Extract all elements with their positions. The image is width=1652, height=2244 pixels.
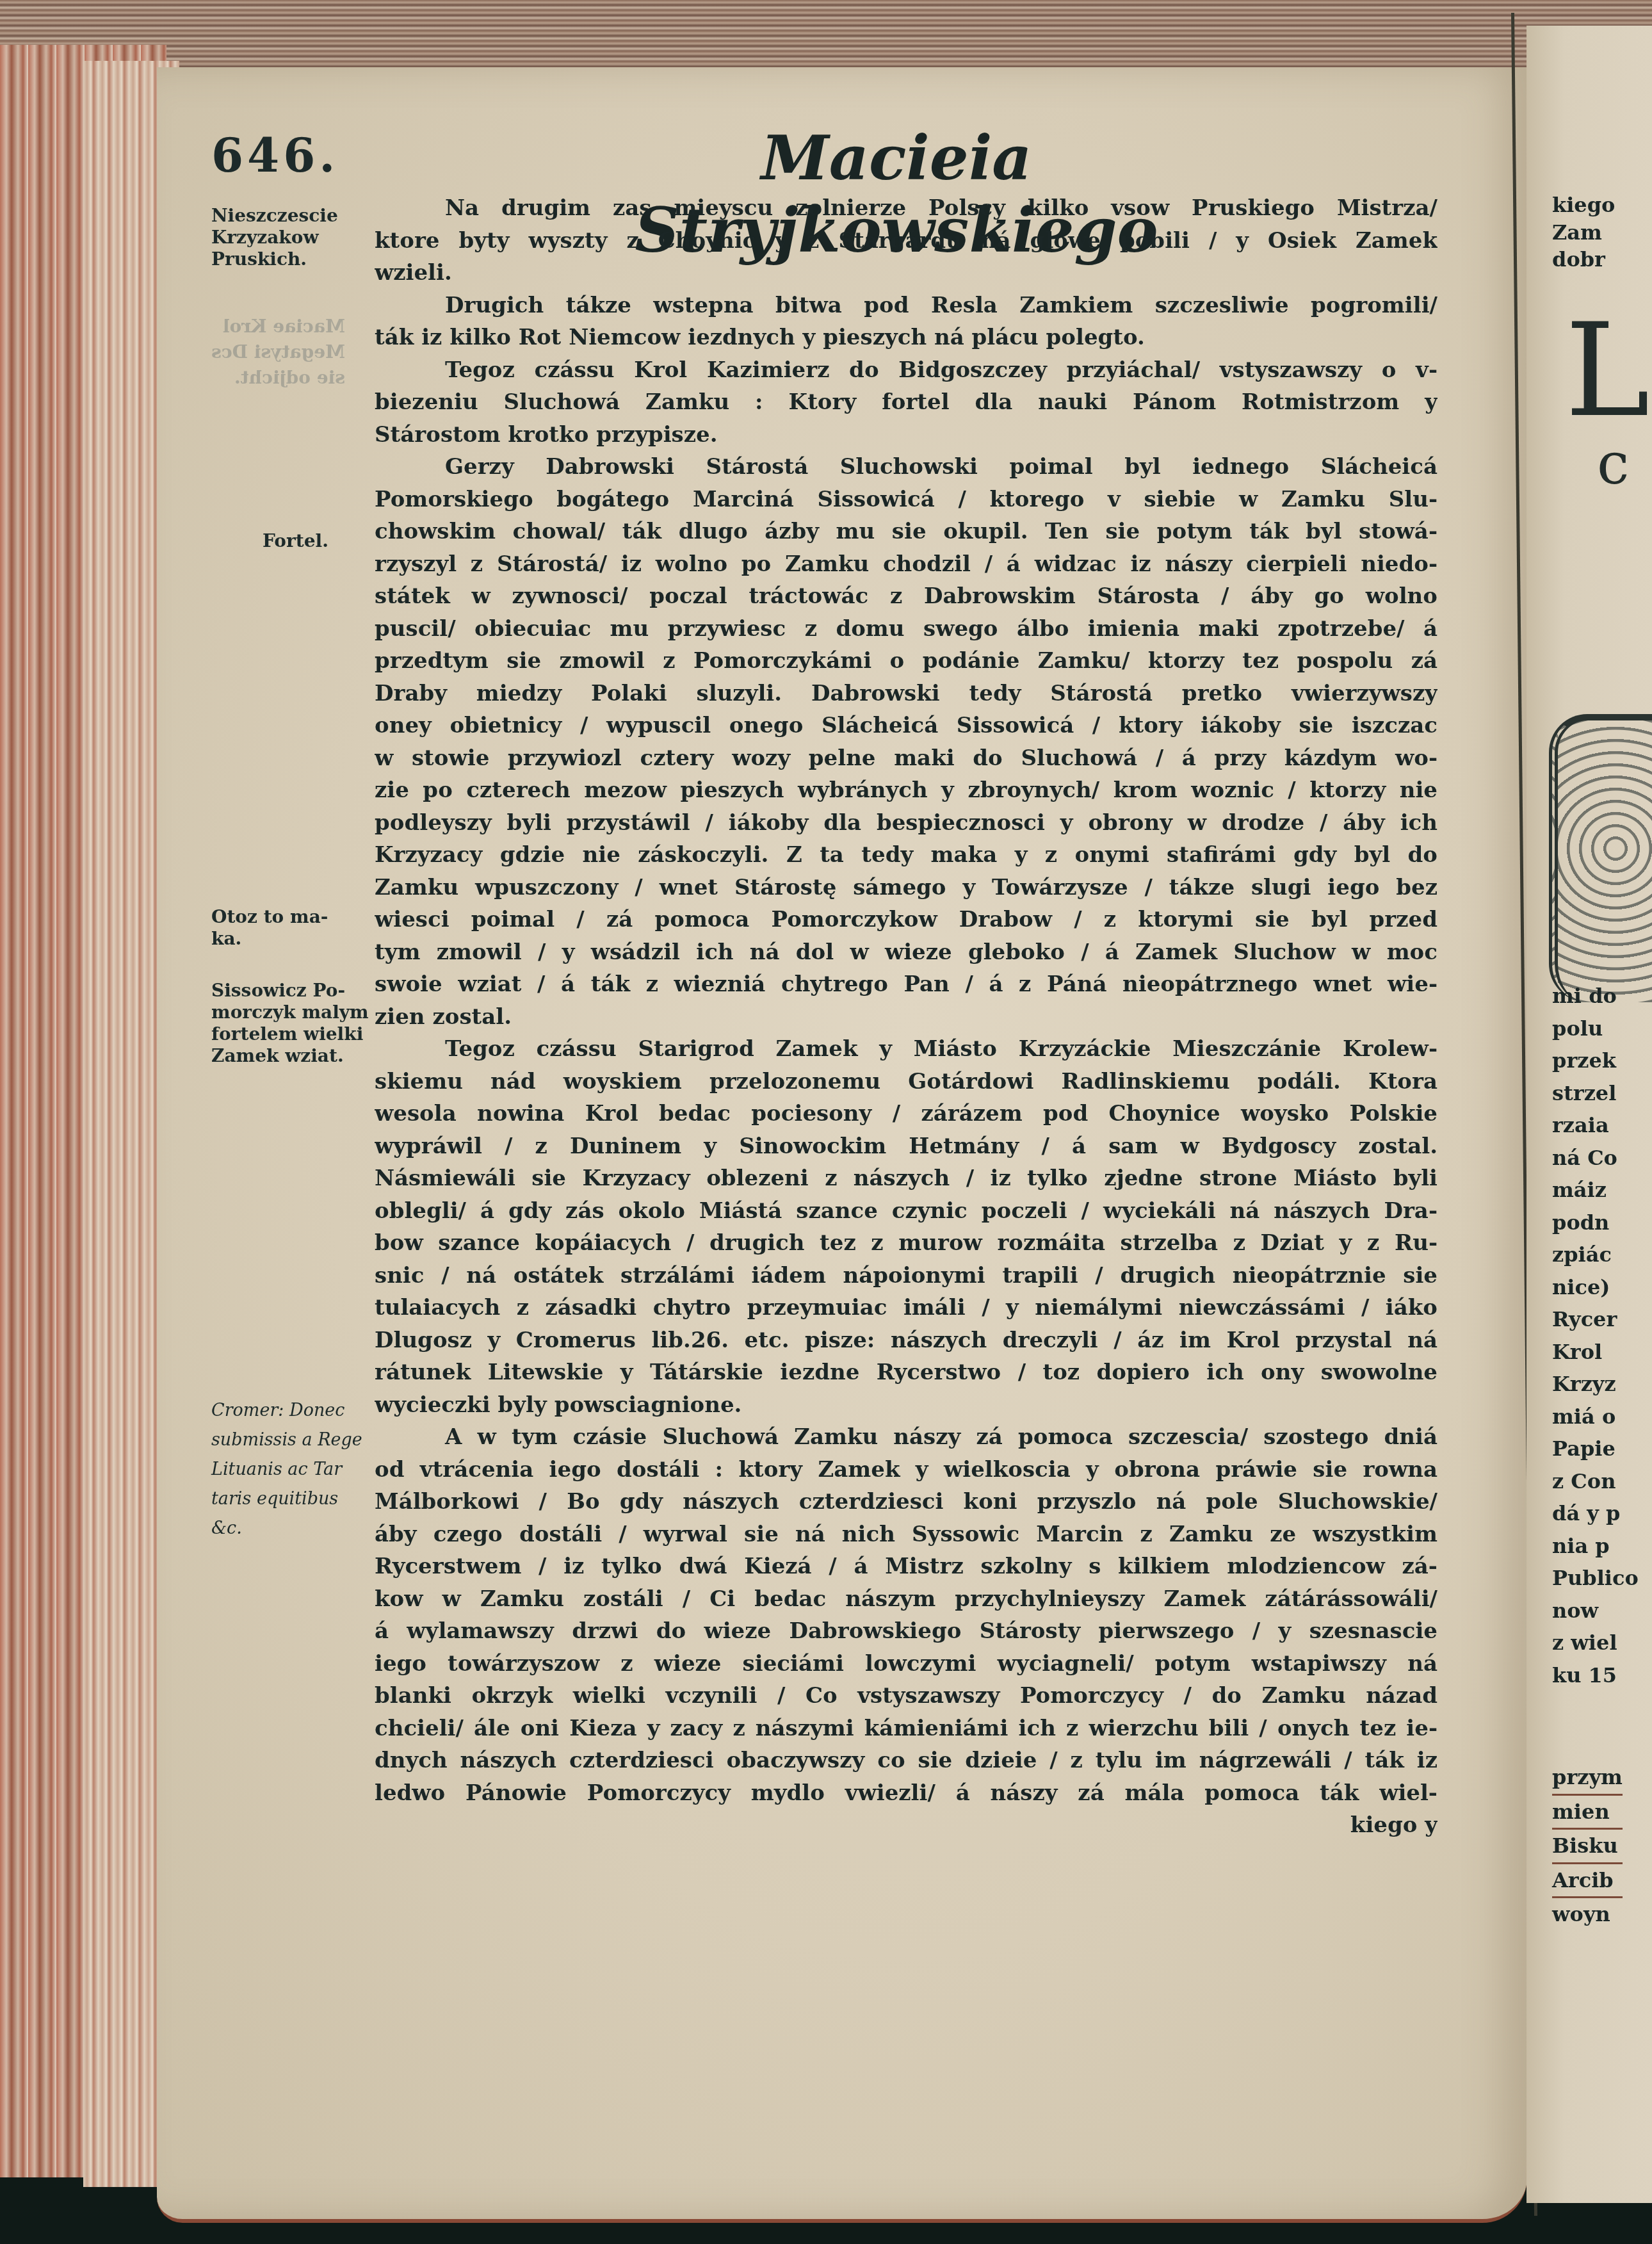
text-line: zien zostal. — [375, 1001, 1437, 1034]
margin-note-line: Sissowicz Po- — [211, 980, 375, 1002]
body-text: Na drugim zas mieyscu zolnierze Polscy k… — [375, 192, 1437, 1842]
right-page-line: mi do — [1552, 980, 1639, 1012]
text-line: biezeniu Sluchowá Zamku : Ktory fortel d… — [375, 386, 1437, 419]
text-line: chcieli/ ále oni Kieza y zacy z nászymi … — [375, 1712, 1437, 1745]
right-page-line: rzaia — [1552, 1109, 1639, 1142]
text-line: ták iz kilko Rot Niemcow iezdnych y pies… — [375, 321, 1437, 354]
margin-note-niesczescie: Nieszczescie Krzyzakow Pruskich. — [211, 205, 375, 270]
text-line: dnych nászych czterdziesci obaczywszy co… — [375, 1744, 1437, 1777]
text-line: ledwo Pánowie Pomorczycy mydlo vwiezli/ … — [375, 1777, 1437, 1810]
text-line: snic / ná ostátek strzálámi iádem nápoio… — [375, 1260, 1437, 1292]
right-page-underlined-line: przym — [1552, 1761, 1623, 1796]
right-page-line: Rycer — [1552, 1303, 1639, 1336]
right-page-underlined-line: mien — [1552, 1796, 1623, 1830]
right-page-line: dobr — [1552, 243, 1615, 276]
margin-note-line: Pruskich. — [211, 248, 375, 270]
right-page-line: podn — [1552, 1207, 1639, 1239]
right-page-line: dá y p — [1552, 1497, 1639, 1530]
right-page-line: Papie — [1552, 1433, 1639, 1465]
margin-note-line: Zamek wziat. — [211, 1045, 375, 1067]
right-page-line: now — [1552, 1595, 1639, 1627]
right-page-line: máiz — [1552, 1174, 1639, 1207]
decorative-initial: L — [1565, 307, 1650, 435]
right-page-line: przek — [1552, 1045, 1639, 1077]
text-line: A w tym czásie Sluchowá Zamku nászy zá p… — [375, 1421, 1437, 1454]
right-page-line: polu — [1552, 1012, 1639, 1045]
decorative-initial-small: c — [1597, 435, 1629, 493]
right-page-line: miá o — [1552, 1401, 1639, 1433]
text-line: w stowie przywiozl cztery wozy pelne mak… — [375, 742, 1437, 775]
margin-note-line: Otoz to ma- — [211, 906, 375, 928]
page-number: 646. — [211, 128, 339, 183]
right-page-line: Krol — [1552, 1336, 1639, 1369]
text-line: swoie wziat / á ták z wiezniá chytrego P… — [375, 968, 1437, 1001]
text-line: przedtym sie zmowil z Pomorczykámi o pod… — [375, 645, 1437, 678]
right-page-fragment: kiego Zam dobr L c mi dopoluprzekstrzelr… — [1526, 26, 1652, 2203]
margin-note-line: &c. — [211, 1514, 375, 1543]
right-page-line: strzel — [1552, 1077, 1639, 1110]
right-page-line: nice) — [1552, 1271, 1639, 1304]
right-page-line: nia p — [1552, 1530, 1639, 1563]
text-line: ktore byty wyszty z Choynic y z Stargárd… — [375, 225, 1437, 257]
text-line: rátunek Litewskie y Tátárskie iezdne Ryc… — [375, 1356, 1437, 1389]
text-line: Tegoz czássu Krol Kazimierz do Bidgoszcz… — [375, 354, 1437, 387]
text-line: iego towárzyszow z wieze sieciámi lowczy… — [375, 1648, 1437, 1680]
text-line: státek w zywnosci/ poczal tráctowác z Da… — [375, 580, 1437, 613]
text-line: wiesci poimal / zá pomoca Pomorczykow Dr… — [375, 904, 1437, 936]
show-through-text: Maciae Krol Megatysi Dcs sie odjicht. — [211, 314, 345, 391]
text-line: chowskim chowal/ ták dlugo ázby mu sie o… — [375, 516, 1437, 548]
right-page-line: z wiel — [1552, 1627, 1639, 1659]
right-page-line: ná Co — [1552, 1142, 1639, 1175]
text-line: puscil/ obiecuiac mu przywiesc z domu sw… — [375, 613, 1437, 646]
text-line: Na drugim zas mieyscu zolnierze Polscy k… — [375, 192, 1437, 225]
text-line: zie po czterech mezow pieszych wybránych… — [375, 774, 1437, 807]
margin-note-line: ka. — [211, 928, 375, 950]
text-line: wesola nowina Krol bedac pociesony / zár… — [375, 1098, 1437, 1130]
text-line: á wylamawszy drzwi do wieze Dabrowskiego… — [375, 1615, 1437, 1648]
right-page-line: ku 15 — [1552, 1659, 1639, 1692]
margin-note-line: Krzyzakow — [211, 227, 375, 248]
text-line: Zamku wpuszczony / wnet Stárostę sámego … — [375, 872, 1437, 904]
show-through-line: sie odjicht. — [211, 365, 345, 391]
text-line: Stárostom krotko przypisze. — [375, 419, 1437, 451]
text-line: Násmiewáli sie Krzyzacy oblezeni z nászy… — [375, 1162, 1437, 1195]
right-page-line: zpiác — [1552, 1239, 1639, 1271]
margin-note-otoz: Otoz to ma- ka. — [211, 906, 375, 950]
margin-note-line: fortelem wielki — [211, 1023, 375, 1045]
text-line: oblegli/ á gdy zás okolo Miástá szance c… — [375, 1195, 1437, 1228]
text-line: oney obietnicy / wypuscil onego Slácheic… — [375, 710, 1437, 742]
margin-note-cromer: Cromer: Donec submissis a Rege Lituanis … — [211, 1396, 375, 1543]
right-page-underlined: przymmienBiskuArcibwoyn — [1552, 1761, 1623, 1931]
text-line: Tegoz czássu Starigrod Zamek y Miásto Kr… — [375, 1033, 1437, 1066]
text-line: podleyszy byli przystáwil / iákoby dla b… — [375, 807, 1437, 840]
text-line: od vtrácenia iego dostáli : ktory Zamek … — [375, 1454, 1437, 1486]
margin-note-line: Cromer: Donec — [211, 1396, 375, 1426]
right-page-underlined-line: Arcib — [1552, 1864, 1623, 1899]
margin-note-sissowicz: Sissowicz Po- morczyk malym fortelem wie… — [211, 980, 375, 1067]
text-line: áby czego dostáli / wyrwal sie ná nich S… — [375, 1518, 1437, 1551]
text-line: tym zmowil / y wsádzil ich ná dol w wiez… — [375, 936, 1437, 969]
show-through-line: Megatysi Dcs — [211, 339, 345, 365]
text-line: skiemu nád woyskiem przelozonemu Gotárdo… — [375, 1066, 1437, 1098]
text-line: kow w Zamku zostáli / Ci bedac nászym pr… — [375, 1583, 1437, 1616]
text-line: bow szance kopáiacych / drugich tez z mu… — [375, 1227, 1437, 1260]
text-line: wycieczki byly powsciagnione. — [375, 1389, 1437, 1422]
show-through-line: Maciae Krol — [211, 314, 345, 339]
right-page-line: Publico — [1552, 1562, 1639, 1595]
margin-note-line: submissis a Rege — [211, 1426, 375, 1455]
right-page-line: z Con — [1552, 1465, 1639, 1498]
text-line: Drugich tákze wstepna bitwa pod Resla Za… — [375, 289, 1437, 322]
text-line: Gerzy Dabrowski Stárostá Sluchowski poim… — [375, 451, 1437, 484]
text-line: Pomorskiego bogátego Marciná Sissowicá /… — [375, 484, 1437, 516]
text-line: Draby miedzy Polaki sluzyli. Dabrowski t… — [375, 678, 1437, 710]
text-line: blanki okrzyk wielki vczynili / Co vstys… — [375, 1680, 1437, 1712]
catchword: kiego y — [375, 1809, 1437, 1842]
text-line: Rycerstwem / iz tylko dwá Kiezá / á Mist… — [375, 1550, 1437, 1583]
margin-note-line: Lituanis ac Tar — [211, 1455, 375, 1484]
margin-note-line: morczyk malym — [211, 1002, 375, 1023]
right-page-top-lines: kiego Zam dobr — [1552, 189, 1615, 276]
right-page-line: woyn — [1552, 1898, 1623, 1931]
text-line: Krzyzacy gdzie nie záskoczyli. Z ta tedy… — [375, 839, 1437, 872]
right-page-line: Krzyz — [1552, 1368, 1639, 1401]
right-page-column: mi dopoluprzekstrzelrzaianá Comáizpodnzp… — [1552, 980, 1639, 1691]
ornamental-initial-icon — [1549, 714, 1652, 1002]
text-line: wzieli. — [375, 257, 1437, 289]
text-line: wypráwil / z Duninem y Sinowockim Hetmán… — [375, 1130, 1437, 1163]
book-top-edge — [0, 0, 1652, 70]
text-line: tulaiacych z zásadki chytro przeymuiac i… — [375, 1292, 1437, 1324]
text-line: Dlugosz y Cromerus lib.26. etc. pisze: n… — [375, 1324, 1437, 1357]
text-line: rzyszyl z Stárostá/ iz wolno po Zamku ch… — [375, 548, 1437, 581]
text-line: Málborkowi / Bo gdy nászych czterdziesci… — [375, 1486, 1437, 1518]
margin-note-line: Nieszczescie — [211, 205, 375, 227]
right-page-underlined-line: Bisku — [1552, 1830, 1623, 1864]
margin-note-line: taris equitibus — [211, 1484, 375, 1514]
